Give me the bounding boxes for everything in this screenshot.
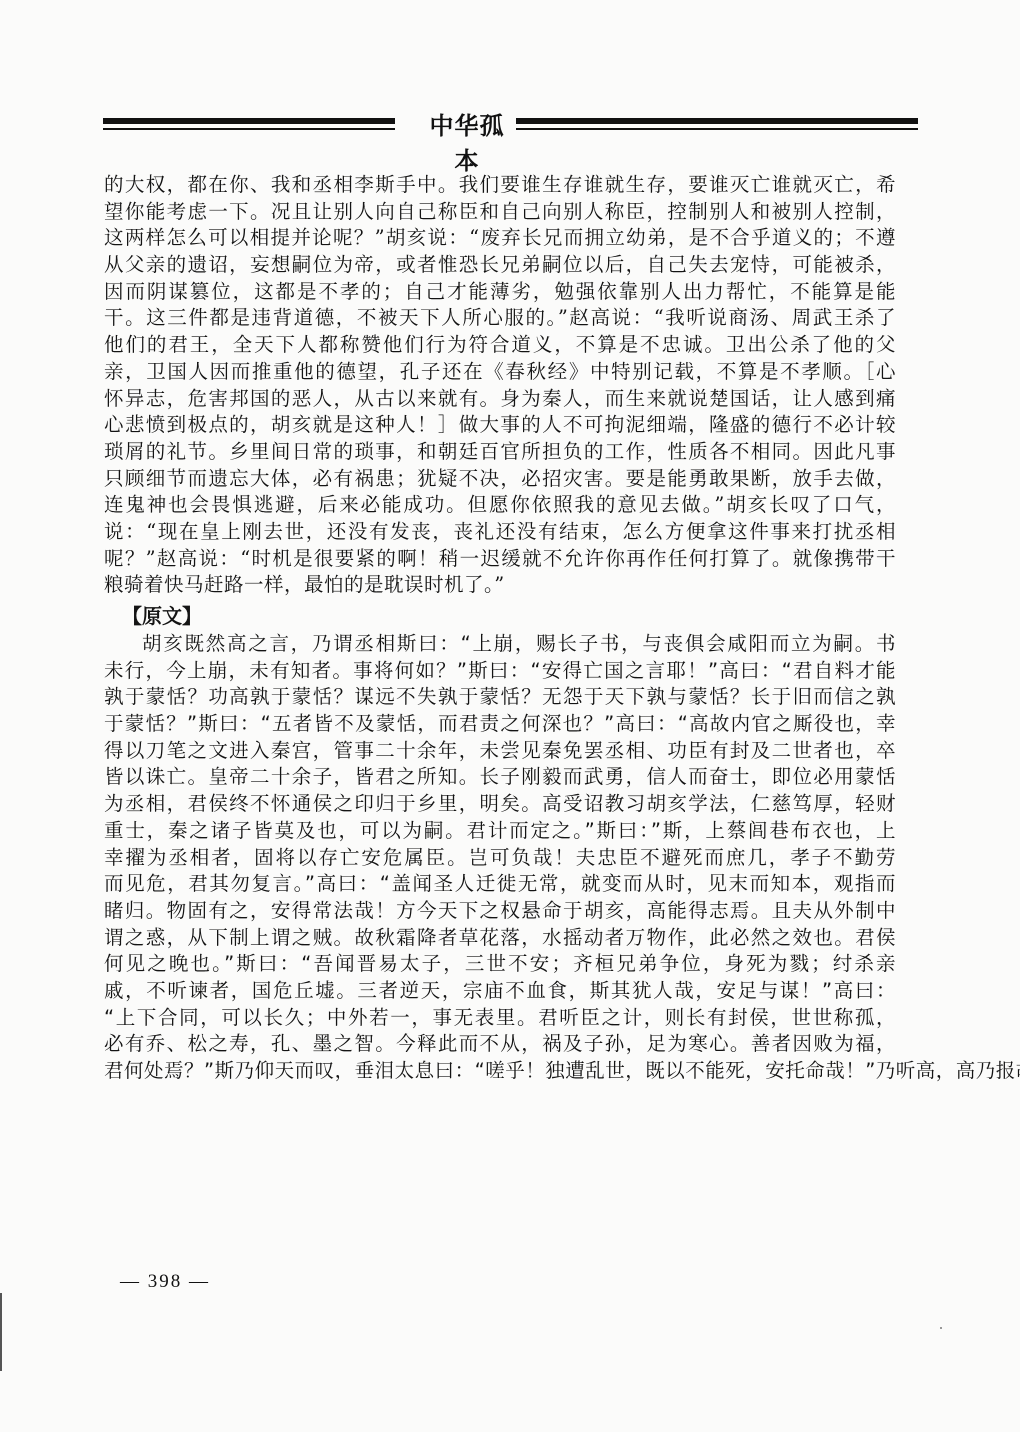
text-line: 未行，今上崩，未有知者。事将何如？”斯曰：“安得亡国之言耶！”高曰：“君自料才能 [104,658,896,685]
text-line: 说：“现在皇上刚去世，还没有发丧，丧礼还没有结束，怎么方便拿这件事来打扰丞相 [104,519,896,546]
text-line: 呢？”赵高说：“时机是很要紧的啊！稍一迟缓就不允许你再作任何打算了。就像携带干 [104,546,896,573]
page-body: 的大权，都在你、我和丞相李斯手中。我们要谁生存谁就生存，要谁灭亡谁就灭亡，希 望… [104,172,896,1085]
page-number: — 398 — [120,1271,210,1293]
text-line: 何见之晚也。”斯曰：“吾闻晋易太子，三世不安；齐桓兄弟争位，身死为戮；纣杀亲 [104,951,896,978]
text-line: 于蒙恬？”斯曰：“五者皆不及蒙恬，而君责之何深也？”高曰：“高故内官之厮役也，幸 [104,711,896,738]
text-line: 皆以诛亡。皇帝二十余子，皆君之所知。长子刚毅而武勇，信人而奋士，即位必用蒙恬 [104,764,896,791]
book-title: 中华孤本 [419,106,515,176]
text-line: 亲，卫国人因而推重他的德望，孔子还在《春秋经》中特别记载，不算是不孝顺。［心 [104,359,896,386]
running-header: 中华孤本 [103,108,918,138]
text-line: 望你能考虑一下。况且让别人向自己称臣和自己向别人称臣，控制别人和被别人控制， [104,199,896,226]
scan-edge-artifact [0,1293,2,1371]
text-line: 孰于蒙恬？功高孰于蒙恬？谋远不失孰于蒙恬？无怨于天下孰与蒙恬？长于旧而信之孰 [104,684,896,711]
original-text-paragraph: 胡亥既然高之言，乃谓丞相斯曰：“上崩，赐长子书，与丧俱会咸阳而立为嗣。书 未行，… [104,631,896,1085]
scan-dot-artifact [940,1327,942,1329]
text-line: 连鬼神也会畏惧逃避，后来必能成功。但愿你依照我的意见去做。”胡亥长叹了口气， [104,492,896,519]
text-line: 心悲愤到极点的，胡亥就是这种人！］做大事的人不可拘泥细端，隆盛的德行不必计较 [104,412,896,439]
text-line: 的大权，都在你、我和丞相李斯手中。我们要谁生存谁就生存，要谁灭亡谁就灭亡，希 [104,172,896,199]
text-line: 必有乔、松之寿，孔、墨之智。今释此而不从，祸及子孙，足为寒心。善者因败为福， [104,1031,896,1058]
header-rule-left [103,118,395,130]
text-line: 他们的君王，全天下人都称赞他们行为符合道义，不算是不忠诚。卫出公杀了他的父 [104,332,896,359]
text-line: 怀异志，危害邦国的恶人，从古以来就有。身为秦人，而生来就说楚国话，让人感到痛 [104,386,896,413]
text-line: 幸擢为丞相者，固将以存亡安危属臣。岂可负哉！夫忠臣不避死而庶几，孝子不勤劳 [104,845,896,872]
text-line: 重士，秦之诸子皆莫及也，可以为嗣。君计而定之。”斯曰：”斯，上蔡闾巷布衣也，上 [104,818,896,845]
text-line: “上下合同，可以长久；中外若一，事无表里。君听臣之计，则长有封侯，世世称孤， [104,1005,896,1032]
text-line: 睹归。物固有之，安得常法哉！方今天下之权悬命于胡亥，高能得志焉。且夫从外制中 [104,898,896,925]
text-line: 这两样怎么可以相提并论呢？”胡亥说：“废弃长兄而拥立幼弟，是不合乎道义的；不遵 [104,225,896,252]
text-line: 而见危，君其勿复言。”高曰：“盖闻圣人迁徙无常，就变而从时，见末而知本，观指而 [104,871,896,898]
text-line: 谓之惑，从下制上谓之贼。故秋霜降者草花落，水摇动者万物作，此必然之效也。君侯 [104,925,896,952]
translation-paragraph: 的大权，都在你、我和丞相李斯手中。我们要谁生存谁就生存，要谁灭亡谁就灭亡，希 望… [104,172,896,599]
header-rule-right [516,118,918,130]
text-line: 因而阴谋篡位，这都是不孝的；自己才能薄劣，勉强依靠别人出力帮忙，不能算是能 [104,279,896,306]
text-line: 从父亲的遗诏，妄想嗣位为帝，或者惟恐长兄弟嗣位以后，自己失去宠恃，可能被杀， [104,252,896,279]
text-line: 只顾细节而遗忘大体，必有祸患；犹疑不决，必招灾害。要是能勇敢果断，放手去做， [104,466,896,493]
text-line: 君何处焉？”斯乃仰天而叹，垂泪太息曰：“嗟乎！独遭乱世，既以不能死，安托命哉！”… [104,1058,896,1085]
text-line: 为丞相，君侯终不怀通侯之印归于乡里，明矣。高受诏教习胡亥学法，仁慈笃厚，轻财 [104,791,896,818]
text-line: 琐屑的礼节。乡里间日常的琐事，和朝廷百官所担负的工作，性质各不相同。因此凡事 [104,439,896,466]
text-line: 粮骑着快马赶路一样，最怕的是耽误时机了。” [104,572,896,599]
text-line: 戚，不听谏者，国危丘墟。三者逆天，宗庙不血食，斯其犹人哉，安足与谋！”高曰： [104,978,896,1005]
text-line: 胡亥既然高之言，乃谓丞相斯曰：“上崩，赐长子书，与丧俱会咸阳而立为嗣。书 [104,631,896,658]
text-line: 干。这三件都是违背道德，不被天下人所心服的。”赵高说：“我听说商汤、周武王杀了 [104,305,896,332]
text-line: 得以刀笔之文进入秦宫，管事二十余年，未尝见秦免罢丞相、功臣有封及二世者也，卒 [104,738,896,765]
section-heading-original-text: 【原文】 [122,601,896,631]
